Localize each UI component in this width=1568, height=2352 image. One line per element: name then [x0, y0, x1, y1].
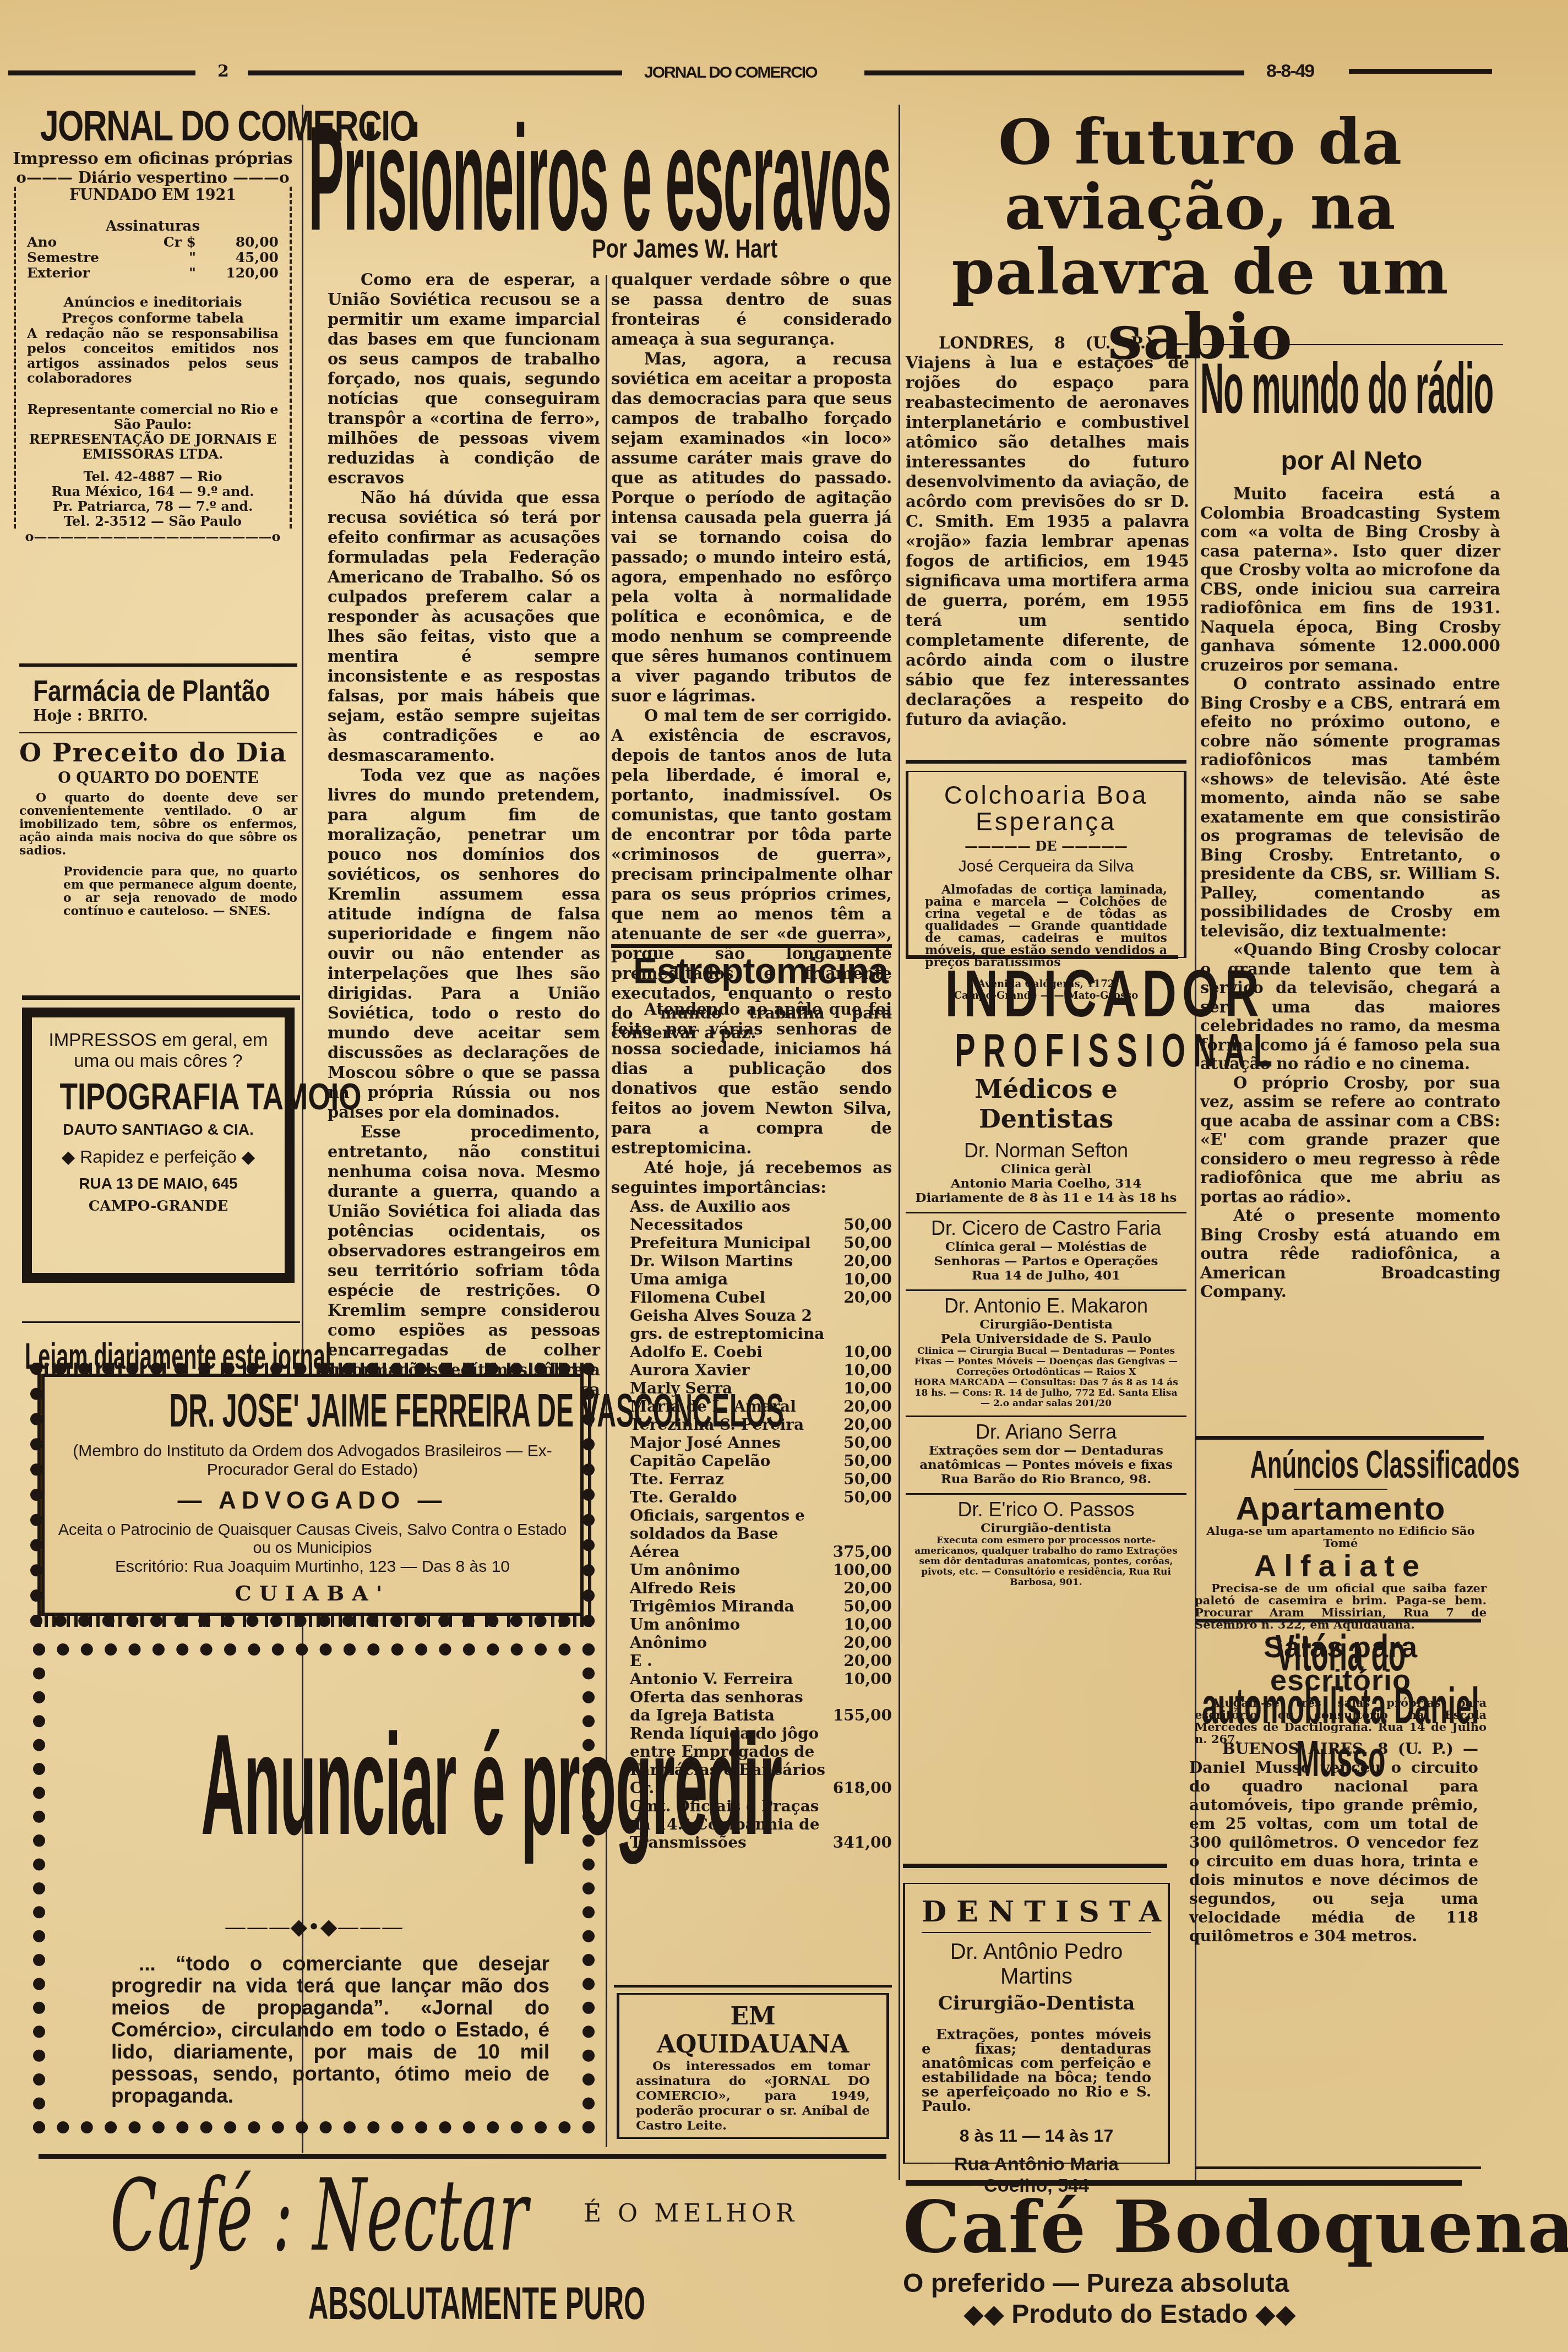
rep-line: Pr. Patriarca, 78 — 7.º and. — [27, 499, 279, 514]
subscriptions-heading: Assinaturas — [27, 218, 279, 235]
donation-row: Alfredo Reis20,00 — [611, 1579, 892, 1597]
donation-row: Uma amiga10,00 — [611, 1270, 892, 1288]
donor-name: Um anônimo — [630, 1561, 826, 1579]
donation-amount: 100,00 — [826, 1561, 892, 1579]
donor-name: Capitão Capelão — [630, 1452, 826, 1470]
subscription-label: Exterior — [27, 265, 90, 281]
entry-line: HORA MARCADA — Consultas: Das 7 ás 8 as … — [910, 1378, 1182, 1409]
aviation-text: LONDRES, 8 (U. P.) — Viajens à lua e est… — [906, 333, 1189, 729]
slogan-text: Rapidez e perfeição — [80, 1147, 237, 1167]
streptomycin-headline: Estreptomicina — [633, 950, 888, 992]
running-paper-name: JORNAL DO COMERCIO — [644, 63, 816, 82]
section-rule — [1195, 1436, 1484, 1440]
article-paragraph: O próprio Crosby, por sua vez, assim se … — [1200, 1074, 1500, 1207]
founded: FUNDADO EM 1921 — [27, 187, 279, 204]
donor-name: Tte. Ferraz — [630, 1470, 826, 1488]
donor-name: Ass. de Auxilio aos Necessitados — [630, 1197, 826, 1234]
de-text: DE — [1035, 838, 1057, 854]
donation-amount: 155,00 — [826, 1706, 892, 1724]
donation-amount: 20,00 — [826, 1397, 892, 1415]
masthead-subtitle: Impresso em oficinas próprias — [8, 149, 297, 169]
radio-headline: No mundo do rádio — [1200, 352, 1493, 424]
classified-title: Apartamento — [1195, 1492, 1487, 1525]
donor-name: Aurora Xavier — [630, 1361, 826, 1379]
section-rule — [1203, 344, 1503, 345]
classified-text: Aluga-se um apartamento no Edificio São … — [1195, 1525, 1487, 1549]
racing-body: BUENOS AIRES, 8 (U. P.) — Daniel Musso v… — [1189, 1740, 1478, 1946]
prisoners-byline: Por James W. Hart — [592, 234, 777, 264]
tipografia-name: TIPOGRAFIA TAMOIO — [59, 1075, 257, 1119]
radio-body: Muito faceira está a Colombia Broadcasti… — [1200, 484, 1500, 1302]
masthead-footer-ornament: o——————————————————o — [8, 529, 297, 545]
precept-title: O Preceito do Dia — [19, 738, 297, 767]
donation-amount: 10,00 — [826, 1379, 892, 1397]
donation-amount: 618,00 — [826, 1779, 892, 1797]
currency: " — [189, 250, 196, 265]
article-paragraph: O mal tem de ser corrigido. A existência… — [611, 706, 892, 1043]
section-rule — [906, 760, 1186, 764]
masthead-box: JORNAL DO COMERCIO Impresso em oficinas … — [8, 102, 297, 545]
masthead-rule — [8, 70, 195, 75]
section-rule — [19, 732, 297, 733]
entry-line: Pela Universidade de S. Paulo — [910, 1332, 1182, 1346]
subscription-price: "120,00 — [189, 265, 279, 281]
racing-text: BUENOS AIRES, 8 (U. P.) — Daniel Musso v… — [1189, 1740, 1478, 1946]
entry-name: Dr. E'rico O. Passos — [910, 1498, 1182, 1521]
entry-line: Diariamente de 8 às 11 e 14 às 18 hs — [910, 1191, 1182, 1205]
column-divider — [899, 105, 900, 2180]
lawyer-city: CUIABA' — [57, 1581, 568, 1605]
masthead-frequency: o——— Diário vespertino ———o — [8, 169, 297, 187]
donor-name: Oficiais, sargentos e soldados da Base A… — [630, 1506, 826, 1561]
tipografia-owner: DAUTO SANTIAGO & CIA. — [32, 1121, 285, 1139]
article-paragraph: Toda vez que as nações livres do mundo p… — [328, 765, 600, 1122]
prisoners-headline: Prisioneiros e escravos — [308, 107, 891, 251]
entry-name: Dr. Cicero de Castro Faria — [910, 1217, 1182, 1240]
precept-para2: Providencie para que, no quarto em que p… — [63, 865, 297, 918]
donation-row: Um anônimo100,00 — [611, 1561, 892, 1579]
subscription-row: Semestre"45,00 — [27, 250, 279, 265]
rep-name: REPRESENTAÇÃO DE JORNAIS E EMISSORAS LTD… — [27, 432, 279, 461]
tipografia-question: IMPRESSOS em geral, em uma ou mais côres… — [32, 1030, 285, 1071]
donation-row: Tte. Ferraz50,00 — [611, 1470, 892, 1488]
entry-line: Cirurgião-dentista — [910, 1521, 1182, 1536]
tipografia-ad: IMPRESSOS em geral, em uma ou mais côres… — [22, 1008, 295, 1283]
dentist-role: Cirurgião-Dentista — [922, 1992, 1151, 2015]
mattress-name: Colchoaria Boa Esperança — [925, 782, 1167, 835]
entry-line: Extrações sem dor — Dentaduras anatômica… — [910, 1444, 1182, 1472]
donor-name: Trigêmios Miranda — [630, 1597, 826, 1615]
donation-row: E .20,00 — [611, 1652, 892, 1670]
donation-amount: 20,00 — [826, 1288, 892, 1306]
dentist-text: Extrações, pontes móveis e fixas; dentad… — [922, 2028, 1151, 2114]
subscription-row: AnoCr $80,00 — [27, 235, 279, 250]
nectar-tagline: É O MELHOR — [584, 2199, 798, 2228]
entry-name: Dr. Ariano Serra — [910, 1420, 1182, 1444]
rep-line: Tel. 2-3512 — São Paulo — [27, 514, 279, 529]
section-rule — [611, 944, 892, 948]
disclaimer: A redação não se responsabilisa pelos co… — [27, 326, 279, 385]
ads-heading: Anúncios e ineditoriais — [27, 294, 279, 310]
bodoquena-line1: O preferido — Pureza absoluta — [903, 2268, 1289, 2299]
mattress-ad: Colchoaria Boa Esperança ————— DE ————— … — [906, 771, 1186, 958]
donation-row: Geisha Alves Souza 2 grs. de estreptomic… — [611, 1306, 892, 1343]
bodoquena-brand: Café Bodoquena — [903, 2188, 1568, 2266]
donation-amount: 10,00 — [826, 1361, 892, 1379]
entry-line: Antonio Maria Coelho, 314 — [910, 1177, 1182, 1191]
aquidauana-text: Os interessados em tomar assinatura do «… — [636, 2059, 870, 2133]
aquidauana-title: EM AQUIDAUANA — [636, 2002, 870, 2059]
section-rule — [614, 1985, 892, 1988]
advertise-text: ... “todo o comerciante que desejar prog… — [111, 1953, 549, 2107]
classified-title: Alfaiate — [1195, 1549, 1487, 1582]
donation-amount: 50,00 — [826, 1488, 892, 1506]
entry-line: Rua Barão do Rio Branco, 98. — [910, 1472, 1182, 1487]
entry-name: Dr. Antonio E. Makaron — [910, 1294, 1182, 1317]
prisoners-col2: qualquer verdade sôbre o que se passa de… — [611, 270, 892, 1043]
entry-name: Dr. Norman Sefton — [910, 1139, 1182, 1162]
donor-name: Alfredo Reis — [630, 1579, 826, 1597]
streptomycin-intro2: Até hoje, já recebemos as seguintes impo… — [611, 1158, 892, 1197]
advertise-ad: Anunciar é progredir ———◆•◆——— ... “todo… — [33, 1643, 595, 2133]
lawyer-title: — ADVOGADO — — [57, 1487, 568, 1515]
entry-line: Executa com esmero por processos norte-a… — [910, 1536, 1182, 1588]
section-rule — [22, 995, 300, 1000]
dentist-ad: DENTISTA Dr. Antônio Pedro Martins Cirur… — [903, 1883, 1170, 2164]
classified-text: Precisa-se de um oficial que saiba fazer… — [1195, 1582, 1487, 1631]
donation-amount: 20,00 — [826, 1634, 892, 1652]
dentist-title: DENTISTA — [922, 1895, 1151, 1933]
index-entries: Dr. Norman SeftonClinica geràlAntonio Ma… — [906, 1136, 1186, 1591]
donation-amount: 20,00 — [826, 1579, 892, 1597]
donation-amount: 50,00 — [826, 1470, 892, 1488]
section-rule — [19, 663, 297, 667]
prisoners-col1: Como era de esperar, a União Soviética r… — [328, 270, 600, 1419]
donation-row: Dr. Wilson Martins20,00 — [611, 1252, 892, 1270]
donation-amount: 10,00 — [826, 1270, 892, 1288]
donor-name: Antonio V. Ferreira — [630, 1670, 826, 1688]
index-entry: Dr. Antonio E. MakaronCirurgião-Dentista… — [906, 1289, 1186, 1412]
donation-amount: 375,00 — [826, 1543, 892, 1561]
lawyer-name: DR. JOSE' JAIME FERREIRA DE VASCONCELOS — [169, 1386, 455, 1435]
entry-line: Clinica — Cirurgia Bucal — Dentaduras — … — [910, 1346, 1182, 1378]
pharmacy-box: Farmácia de Plantão Hoje : BRITO. — [33, 674, 297, 725]
mattress-owner: José Cerqueira da Silva — [925, 857, 1167, 876]
donation-row: Aurora Xavier10,00 — [611, 1361, 892, 1379]
lawyer-ad: DR. JOSE' JAIME FERREIRA DE VASCONCELOS … — [30, 1363, 595, 1627]
price: 80,00 — [218, 235, 279, 250]
donation-row: Antonio V. Ferreira10,00 — [611, 1670, 892, 1688]
donation-amount: 50,00 — [826, 1452, 892, 1470]
article-paragraph: «Quando Bing Crosby colocar o grande tal… — [1200, 940, 1500, 1074]
lawyer-services: Aceita o Patrocinio de Quaisquer Causas … — [57, 1521, 568, 1558]
tipografia-address: RUA 13 DE MAIO, 645 — [32, 1175, 285, 1193]
price: 45,00 — [218, 250, 279, 265]
professional-index: INDICADOR PROFISSIONAL Médicos e Dentist… — [906, 961, 1186, 1591]
section-rule — [22, 1321, 300, 1323]
article-paragraph: Muito faceira está a Colombia Broadcasti… — [1200, 484, 1500, 674]
donation-amount: 20,00 — [826, 1415, 892, 1434]
article-paragraph: Até o presente momento Bing Crosby está … — [1200, 1206, 1500, 1302]
article-paragraph: Mas, agora, a recusa soviética em aceita… — [611, 349, 892, 706]
index-entry: Dr. Cicero de Castro FariaClínica geral … — [906, 1212, 1186, 1286]
donation-amount: 10,00 — [826, 1615, 892, 1634]
tipografia-slogan: ◆ Rapidez e perfeição ◆ — [32, 1146, 285, 1167]
article-paragraph: qualquer verdade sôbre o que se passa de… — [611, 270, 892, 349]
price: 120,00 — [218, 265, 279, 281]
cafe-bodoquena-ad: Café Bodoquena O preferido — Pureza abso… — [903, 2188, 1509, 2343]
pharmacy-title: Farmácia de Plantão — [33, 674, 250, 707]
pharmacy-today: Hoje : BRITO. — [33, 707, 297, 725]
article-paragraph: O contrato assinado entre Bing Crosby e … — [1200, 674, 1500, 940]
donor-name: Dr. Wilson Martins — [630, 1252, 826, 1270]
aviation-headline: O futuro da aviação, na palavra de um sa… — [906, 110, 1495, 370]
donation-amount: 50,00 — [826, 1434, 892, 1452]
rep-heading: Representante comercial no Rio e São Pau… — [27, 402, 279, 432]
article-paragraph: Como era de esperar, a União Soviética r… — [328, 270, 600, 488]
section-rule — [1195, 1619, 1481, 1623]
lawyer-credentials: (Membro do Instituto da Ordem dos Advoga… — [57, 1442, 568, 1479]
subscriptions-list: AnoCr $80,00Semestre"45,00Exterior"120,0… — [27, 235, 279, 281]
page-number: 2 — [217, 62, 229, 81]
entry-line: Cirurgião-Dentista — [910, 1317, 1182, 1332]
advertise-headline: Anunciar é progredir — [201, 1722, 427, 1848]
donor-name: Adolfo E. Coebi — [630, 1343, 826, 1361]
precept-para1: O quarto do doente deve ser convenientem… — [19, 791, 297, 857]
streptomycin-intro: Atendendo ao apêlo que foi feito por vár… — [611, 999, 892, 1158]
aviation-body: LONDRES, 8 (U. P.) — Viajens à lua e est… — [906, 333, 1189, 729]
issue-date: 8-8-49 — [1266, 61, 1314, 82]
nectar-brand: Café : Nectar — [110, 2166, 528, 2266]
rep-line: Rua México, 164 — 9.º and. — [27, 484, 279, 499]
donation-amount: 50,00 — [826, 1234, 892, 1252]
entry-line: Clinica geràl — [910, 1162, 1182, 1177]
donation-row: Oficiais, sargentos e soldados da Base A… — [611, 1506, 892, 1561]
nectar-slogan: ABSOLUTAMENTE PURO — [308, 2277, 645, 2330]
donor-name: Geisha Alves Souza 2 grs. de estreptomic… — [630, 1306, 826, 1343]
rep-contacts: Tel. 42-4887 — RioRua México, 164 — 9.º … — [27, 469, 279, 529]
subscription-label: Semestre — [27, 250, 99, 265]
ads-note: Preços conforme tabela — [27, 310, 279, 326]
section-rule — [1195, 2166, 1481, 2169]
donation-row: Filomena Cubel20,00 — [611, 1288, 892, 1306]
line2-text: Produto do Estado — [1011, 2300, 1248, 2329]
index-title-1: INDICADOR — [945, 961, 1147, 1027]
donation-row: Capitão Capelão50,00 — [611, 1452, 892, 1470]
donation-row: Tte. Geraldo50,00 — [611, 1488, 892, 1506]
donation-row: Trigêmios Miranda50,00 — [611, 1597, 892, 1615]
index-entry: Dr. E'rico O. PassosCirurgião-dentistaEx… — [906, 1493, 1186, 1591]
donation-amount: 341,00 — [826, 1833, 892, 1852]
donation-amount: 20,00 — [826, 1652, 892, 1670]
donor-name: Um anônimo — [630, 1615, 826, 1634]
subscription-price: Cr $80,00 — [164, 235, 279, 250]
donor-name: Uma amiga — [630, 1270, 826, 1288]
entry-line: Clínica geral — Moléstias de Senhoras — … — [910, 1240, 1182, 1268]
donor-name: Prefeitura Municipal — [630, 1234, 826, 1252]
radio-byline: por Al Neto — [1200, 446, 1503, 476]
dentist-hours: 8 às 11 — 14 às 17 — [922, 2126, 1151, 2146]
donor-name: Tte. Geraldo — [630, 1488, 826, 1506]
index-subtitle: Médicos e Dentistas — [906, 1074, 1186, 1134]
donation-amount: 10,00 — [826, 1343, 892, 1361]
donation-row: Adolfo E. Coebi10,00 — [611, 1343, 892, 1361]
donation-row: Ass. de Auxilio aos Necessitados50,00 — [611, 1197, 892, 1234]
dentist-name: Dr. Antônio Pedro Martins — [922, 1940, 1151, 1989]
donor-name: Filomena Cubel — [630, 1288, 826, 1306]
index-entry: Dr. Ariano SerraExtrações sem dor — Dent… — [906, 1415, 1186, 1490]
rep-line: Tel. 42-4887 — Rio — [27, 469, 279, 484]
lawyer-office: Escritório: Rua Joaquim Murtinho, 123 — … — [57, 1558, 568, 1576]
donation-row: Um anônimo10,00 — [611, 1615, 892, 1634]
bodoquena-line2: ◆◆ Produto do Estado ◆◆ — [963, 2299, 1296, 2329]
precept-subtitle: O QUARTO DO DOENTE — [19, 770, 297, 787]
classifieds-heading: Anúncios Classificados — [1250, 1442, 1431, 1487]
donation-amount: 10,00 — [826, 1670, 892, 1688]
donation-amount: 20,00 — [826, 1252, 892, 1270]
mattress-de: ————— DE ————— — [925, 838, 1167, 854]
article-paragraph: Não há dúvida que essa recusa soviética … — [328, 488, 600, 765]
tipografia-city: CAMPO-GRANDE — [32, 1198, 285, 1215]
index-title-2: PROFISSIONAL — [955, 1027, 1137, 1074]
masthead-title: JORNAL DO COMERCIO — [40, 102, 266, 149]
cafe-nectar-ad: Café : Nectar É O MELHOR ABSOLUTAMENTE P… — [110, 2166, 881, 2332]
donation-amount: 50,00 — [826, 1597, 892, 1615]
column-divider — [606, 275, 607, 2147]
donor-name: Anônimo — [630, 1634, 826, 1652]
precept-box: O Preceito do Dia O QUARTO DO DOENTE O q… — [19, 738, 297, 918]
aquidauana-box: EM AQUIDAUANA Os interessados em tomar a… — [617, 1993, 889, 2139]
entry-line: Rua 14 de Julho, 401 — [910, 1268, 1182, 1283]
ornament-divider: ———◆•◆——— — [45, 1914, 582, 1940]
subscription-price: "45,00 — [189, 250, 279, 265]
masthead-rule — [248, 70, 622, 75]
currency: " — [189, 265, 196, 281]
donation-row: Prefeitura Municipal50,00 — [611, 1234, 892, 1252]
section-rule — [903, 1864, 1167, 1868]
masthead-rule — [1349, 69, 1492, 74]
masthead-rule — [864, 70, 1244, 75]
index-entry: Dr. Norman SeftonClinica geràlAntonio Ma… — [906, 1136, 1186, 1208]
donor-name: E . — [630, 1652, 826, 1670]
donation-amount: 50,00 — [826, 1216, 892, 1234]
subscription-label: Ano — [27, 235, 57, 250]
donation-row: Anônimo20,00 — [611, 1634, 892, 1652]
currency: Cr $ — [164, 235, 196, 250]
subscription-row: Exterior"120,00 — [27, 265, 279, 281]
frequency-text: Diário vespertino — [78, 168, 227, 187]
